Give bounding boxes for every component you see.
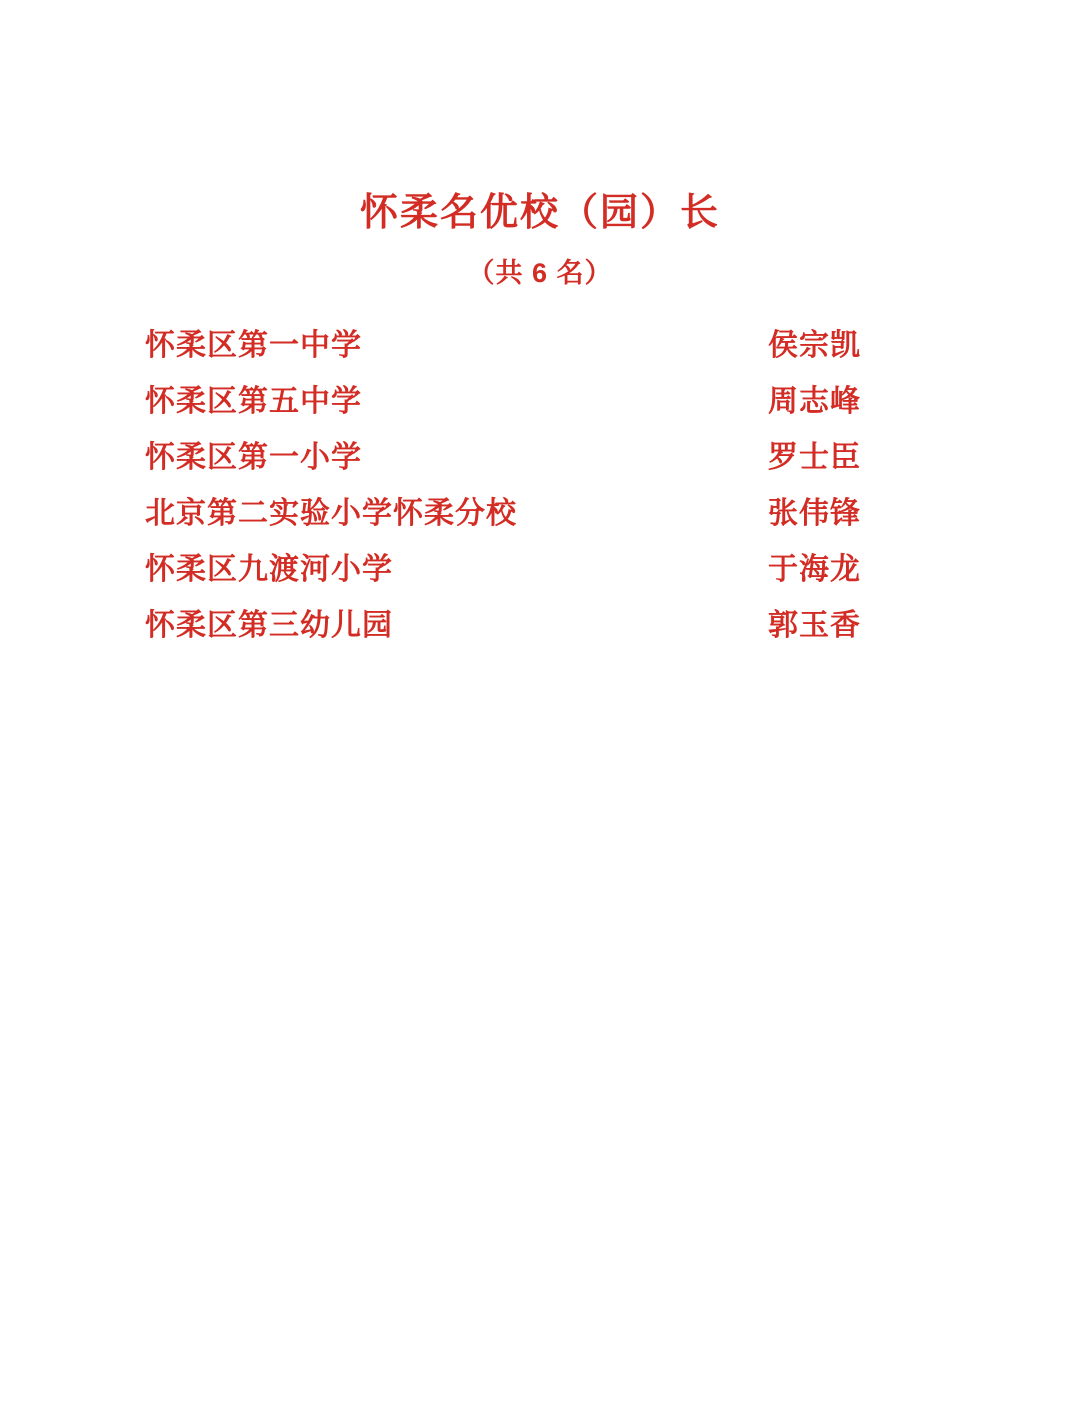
school-name: 怀柔区第五中学 — [145, 376, 768, 420]
school-name: 怀柔区第一小学 — [145, 432, 768, 476]
school-name: 怀柔区九渡河小学 — [145, 544, 768, 588]
document-page: 怀柔名优校（园）长 （共 6 名） 怀柔区第一中学侯宗凯怀柔区第五中学周志峰怀柔… — [0, 0, 1080, 1405]
school-name: 怀柔区第一中学 — [145, 320, 768, 364]
school-name: 怀柔区第三幼儿园 — [145, 600, 768, 644]
principal-name: 郭玉香 — [768, 600, 1040, 644]
school-name: 北京第二实验小学怀柔分校 — [145, 488, 768, 532]
principal-name: 罗士臣 — [768, 432, 1040, 476]
list-row: 怀柔区第一小学罗士臣 — [0, 426, 1080, 482]
principal-list: 怀柔区第一中学侯宗凯怀柔区第五中学周志峰怀柔区第一小学罗士臣北京第二实验小学怀柔… — [0, 314, 1080, 650]
list-row: 怀柔区第五中学周志峰 — [0, 370, 1080, 426]
list-row: 北京第二实验小学怀柔分校张伟锋 — [0, 482, 1080, 538]
list-row: 怀柔区九渡河小学于海龙 — [0, 538, 1080, 594]
page-subtitle: （共 6 名） — [0, 258, 1080, 288]
principal-name: 侯宗凯 — [768, 320, 1040, 364]
list-row: 怀柔区第一中学侯宗凯 — [0, 314, 1080, 370]
principal-name: 张伟锋 — [768, 488, 1040, 532]
principal-name: 于海龙 — [768, 544, 1040, 588]
list-row: 怀柔区第三幼儿园郭玉香 — [0, 594, 1080, 650]
page-title: 怀柔名优校（园）长 — [0, 0, 1080, 234]
principal-name: 周志峰 — [768, 376, 1040, 420]
